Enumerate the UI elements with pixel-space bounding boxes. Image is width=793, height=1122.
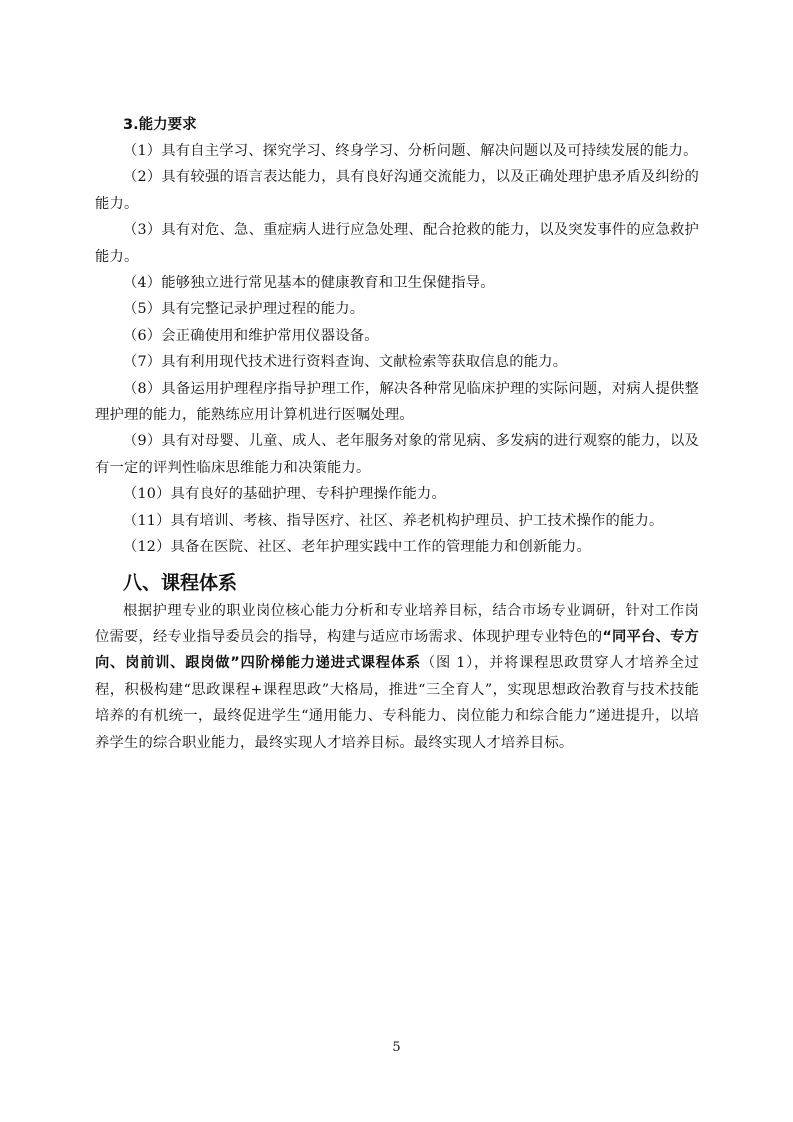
- ability-item-9: （9）具有对母婴、儿童、成人、老年服务对象的常见病、多发病的进行观察的能力，以及…: [95, 428, 699, 481]
- section-body-paragraph: 根据护理专业的职业岗位核心能力分析和专业培养目标，结合市场专业调研，针对工作岗位…: [95, 598, 699, 756]
- ability-item-6: （6）会正确使用和维护常用仪器设备。: [95, 323, 699, 349]
- ability-item-8: （8）具备运用护理程序指导护理工作，解决各种常见临床护理的实际问题，对病人提供整…: [95, 376, 699, 429]
- ability-item-7: （7）具有利用现代技术进行资料查询、文献检索等获取信息的能力。: [95, 349, 699, 375]
- ability-item-11: （11）具有培训、考核、指导医疗、社区、养老机构护理员、护工技术操作的能力。: [95, 508, 699, 534]
- section-heading: 八、课程体系: [95, 568, 699, 598]
- document-page: 3.能力要求 （1）具有自主学习、探究学习、终身学习、分析问题、解决问题以及可持…: [95, 112, 699, 756]
- subsection-heading: 3.能力要求: [95, 112, 699, 138]
- ability-item-10: （10）具有良好的基础护理、专科护理操作能力。: [95, 481, 699, 507]
- ability-item-2: （2）具有较强的语言表达能力，具有良好沟通交流能力，以及正确处理护患矛盾及纠纷的…: [95, 164, 699, 217]
- ability-item-4: （4）能够独立进行常见基本的健康教育和卫生保健指导。: [95, 270, 699, 296]
- ability-item-5: （5）具有完整记录护理过程的能力。: [95, 296, 699, 322]
- ability-item-3: （3）具有对危、急、重症病人进行应急处理、配合抢救的能力，以及突发事件的应急救护…: [95, 217, 699, 270]
- page-number: 5: [0, 1040, 793, 1055]
- ability-item-12: （12）具备在医院、社区、老年护理实践中工作的管理能力和创新能力。: [95, 534, 699, 560]
- ability-item-1: （1）具有自主学习、探究学习、终身学习、分析问题、解决问题以及可持续发展的能力。: [95, 138, 699, 164]
